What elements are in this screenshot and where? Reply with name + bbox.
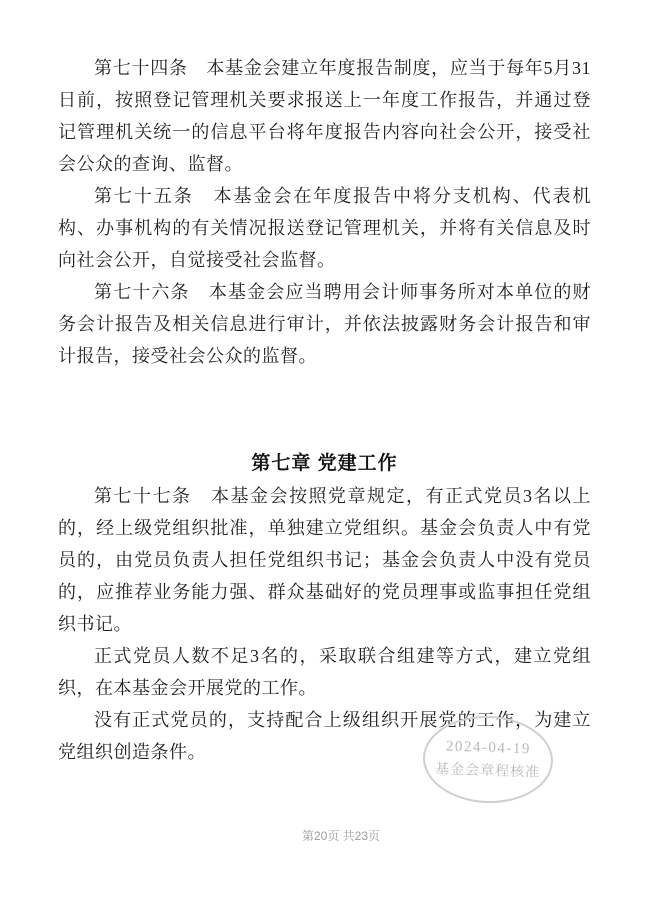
chapter-heading: 第七章 党建工作: [58, 448, 591, 480]
document-page: 第七十四条 本基金会建立年度报告制度，应当于每年5月31日前，按照登记管理机关要…: [0, 0, 650, 920]
stamp-date: 2024-04-19: [446, 739, 531, 757]
paragraph-party-joint-org: 正式党员人数不足3名的，采取联合组建等方式，建立党组织，在本基金会开展党的工作。: [58, 640, 591, 704]
document-body: 第七十四条 本基金会建立年度报告制度，应当于每年5月31日前，按照登记管理机关要…: [58, 52, 591, 768]
paragraph-article-77: 第七十七条 本基金会按照党章规定，有正式党员3名以上的，经上级党组织批准，单独建…: [58, 480, 591, 640]
paragraph-article-75: 第七十五条 本基金会在年度报告中将分支机构、代表机构、办事机构的有关情况报送登记…: [58, 180, 591, 276]
paragraph-article-76: 第七十六条 本基金会应当聘用会计师事务所对本单位的财务会计报告及相关信息进行审计…: [58, 276, 591, 372]
paragraph-article-74: 第七十四条 本基金会建立年度报告制度，应当于每年5月31日前，按照登记管理机关要…: [58, 52, 591, 180]
stamp-label: 基金会章程核准: [435, 763, 540, 781]
page-footer: 第20页 共23页: [0, 827, 650, 844]
